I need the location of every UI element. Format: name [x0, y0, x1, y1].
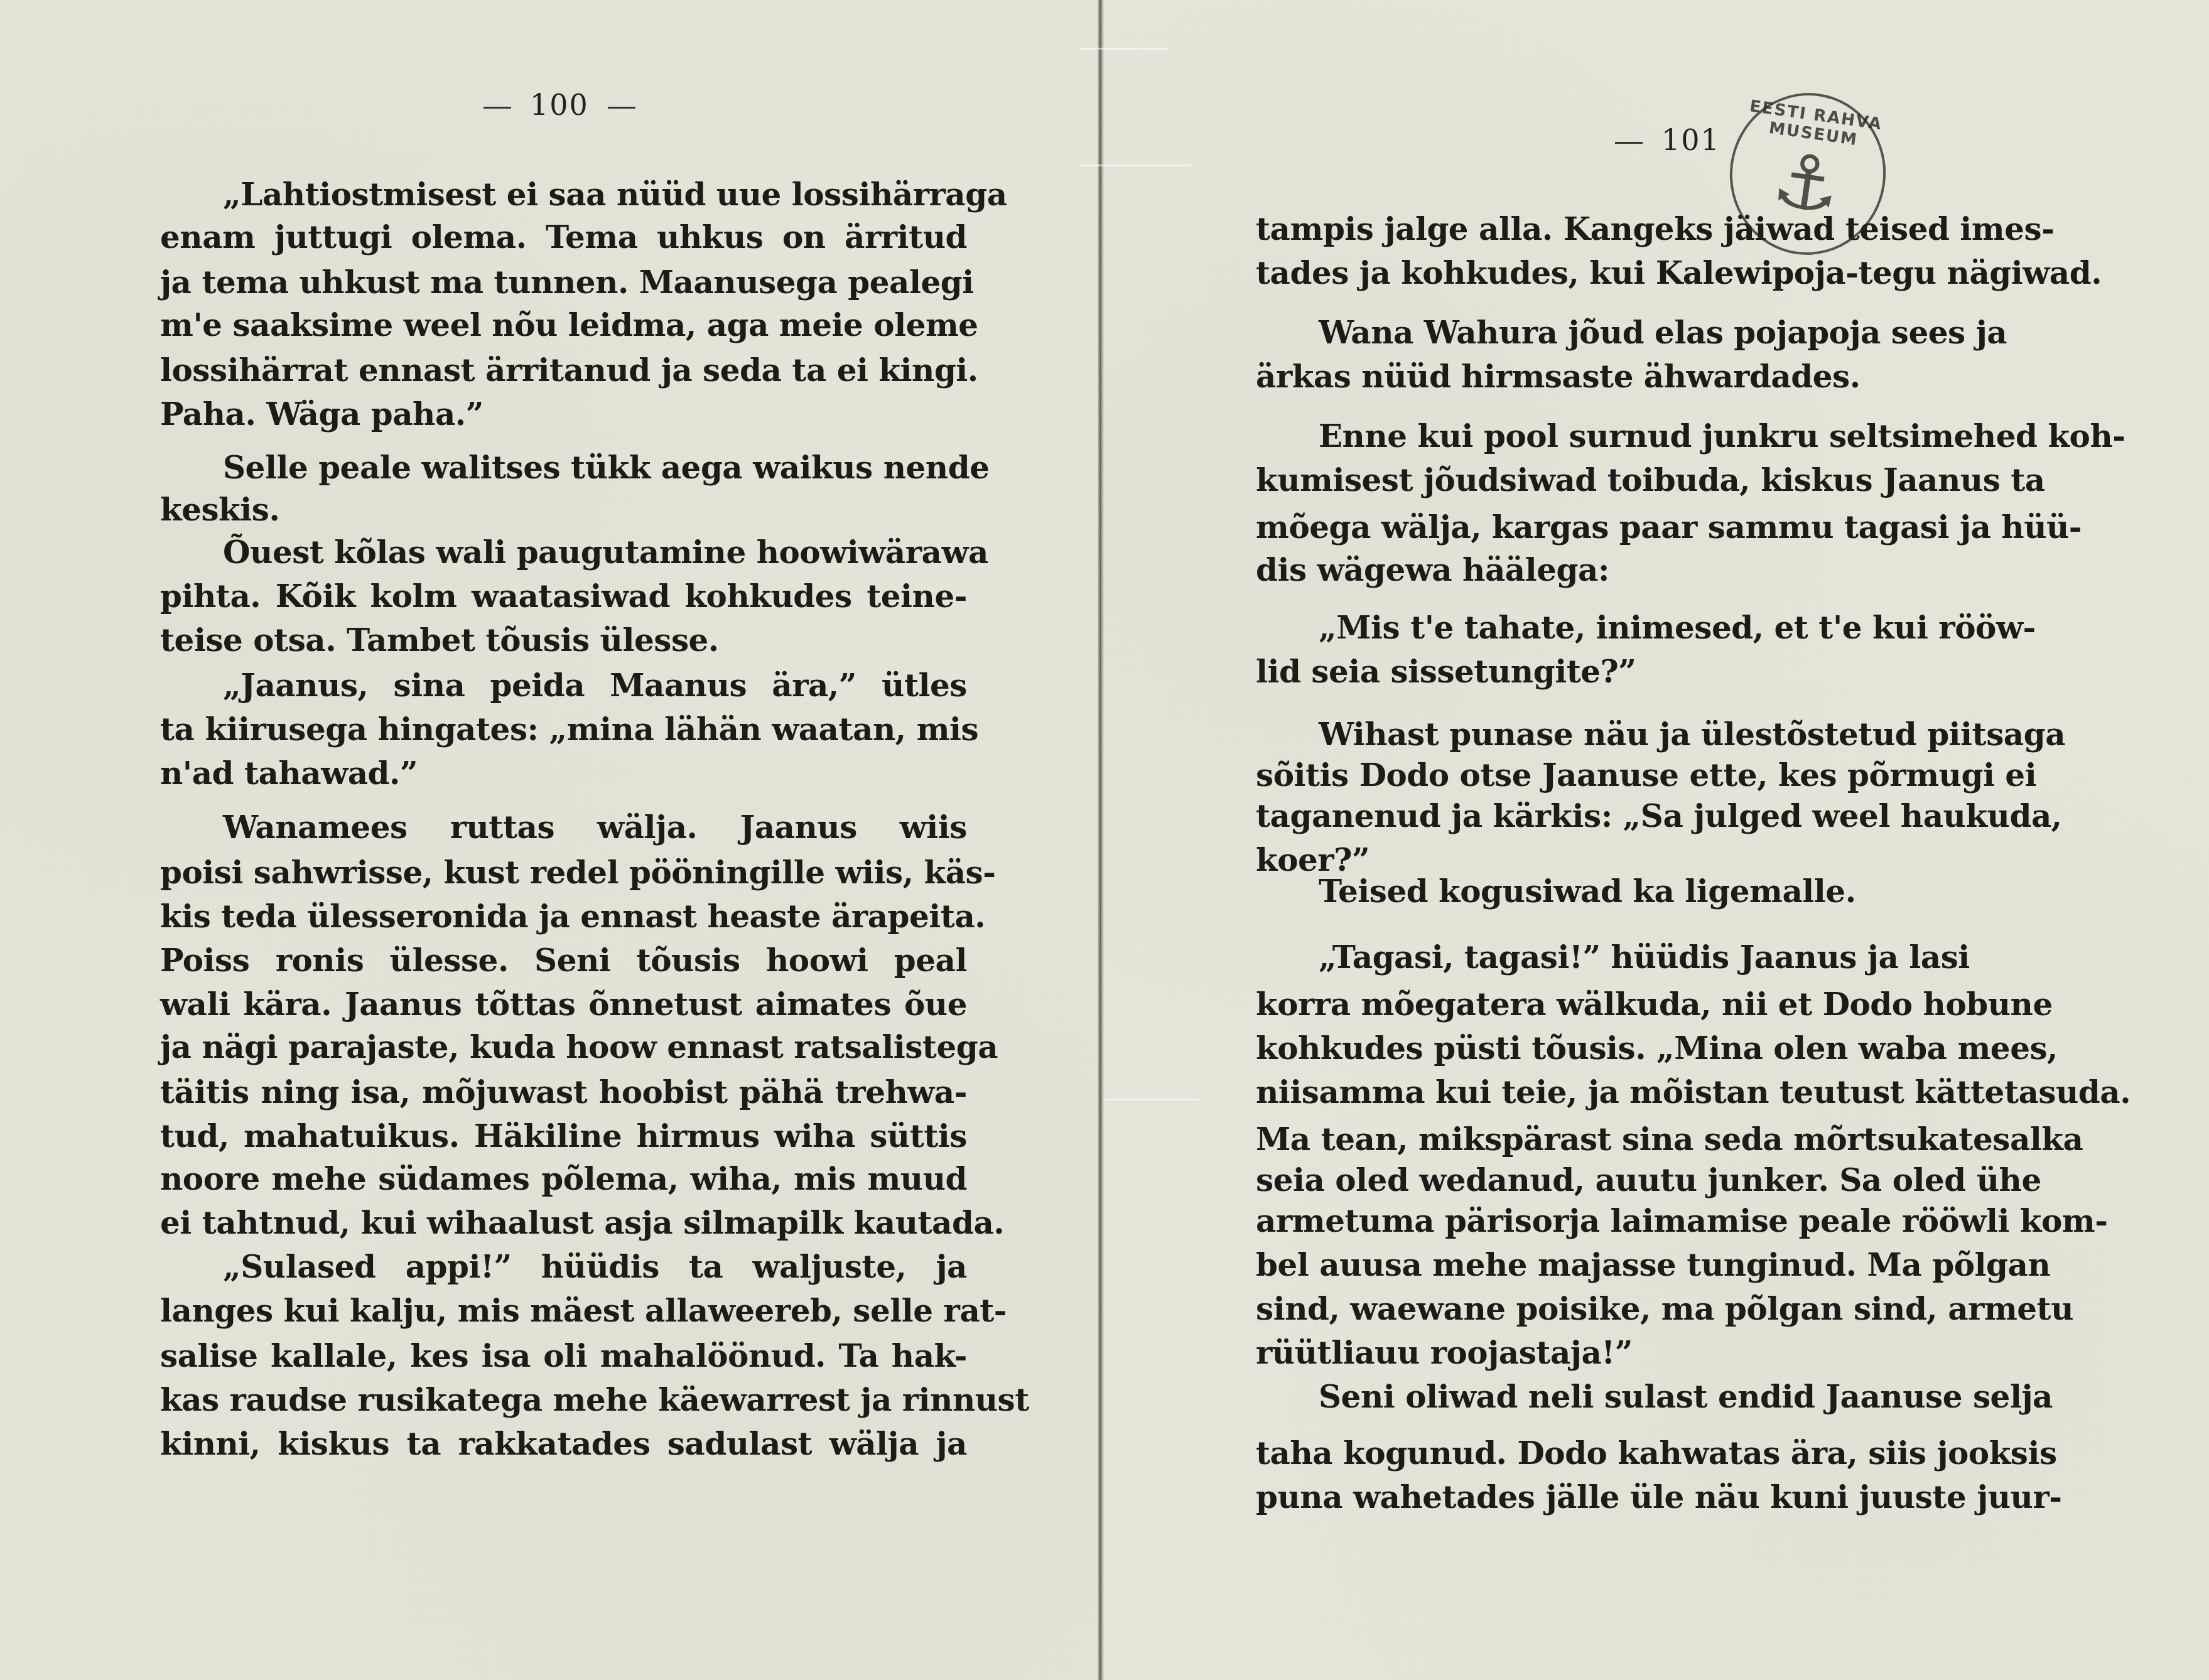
paper-fold — [1105, 1099, 1199, 1101]
text-line: ja tema uhkust ma tunnen. Maanusega peal… — [160, 261, 967, 304]
stamp-emblem-icon: ⚓ — [1767, 136, 1846, 232]
left-page-text: „Lahtiostmisest ei saa nüüd uue lossihär… — [160, 0, 967, 1680]
text-line: ei tahtnud, kui wihaalust asja silmapilk… — [160, 1201, 967, 1245]
text-line: mõega wälja, kargas paar sammu tagasi ja… — [1256, 505, 1923, 549]
text-line: kinni, kiskus ta rakkatades sadulast wäl… — [160, 1422, 967, 1466]
text-line: Ma tean, mikspärast sina seda mõrtsukate… — [1256, 1117, 1923, 1161]
text-line: taganenud ja kärkis: „Sa julged weel hau… — [1256, 794, 1923, 838]
text-line: Paha. Wäga paha.” — [160, 392, 967, 436]
text-line: noore mehe südames põlema, wiha, mis muu… — [160, 1157, 967, 1201]
text-line: enam juttugi olema. Tema uhkus on ärritu… — [160, 215, 967, 259]
text-line: pihta. Kõik kolm waatasiwad kohkudes tei… — [160, 574, 967, 618]
text-line: m'e saaksime weel nõu leidma, aga meie o… — [160, 303, 967, 347]
text-line: „Mis t'e tahate, inimesed, et t'e kui rö… — [1256, 606, 1923, 650]
text-line: Selle peale walitses tükk aega waikus ne… — [160, 446, 967, 490]
text-line: Poiss ronis ülesse. Seni tõusis hoowi pe… — [160, 939, 967, 983]
text-line: Enne kui pool surnud junkru seltsimehed … — [1256, 414, 1923, 458]
text-line: lid seia sissetungite?” — [1256, 650, 1923, 694]
text-line: Wana Wahura jõud elas pojapoja sees ja — [1256, 311, 1923, 355]
text-line: keskis. — [160, 488, 967, 532]
text-line: bel auusa mehe majasse tunginud. Ma põlg… — [1256, 1243, 1923, 1287]
text-line: Õuest kõlas wali paugutamine hoowiwärawa — [160, 530, 967, 574]
text-line: korra mõegatera wälkuda, nii et Dodo hob… — [1256, 983, 1923, 1026]
text-line: ärkas nüüd hirmsaste ähwardades. — [1256, 355, 1923, 399]
text-line: Teised kogusiwad ka ligemalle. — [1256, 870, 1923, 913]
text-line: „Lahtiostmisest ei saa nüüd uue lossihär… — [160, 173, 967, 217]
right-page: 101 tampis jalge alla. Kangeks jäiwad te… — [1100, 0, 2209, 1680]
text-line: kumisest jõudsiwad toibuda, kiskus Jaanu… — [1256, 458, 1923, 502]
text-line: Wanamees ruttas wälja. Jaanus wiis — [160, 805, 967, 849]
text-line: salise kallale, kes isa oli mahalöönud. … — [160, 1334, 967, 1378]
paper-fold — [1080, 164, 1193, 166]
text-line: langes kui kalju, mis mäest allaweereb, … — [160, 1289, 967, 1333]
text-line: lossihärrat ennast ärritanud ja seda ta … — [160, 348, 967, 392]
text-line: tades ja kohkudes, kui Kalewipoja-tegu n… — [1256, 251, 1923, 295]
text-line: rüütliauu roojastaja!” — [1256, 1331, 1923, 1375]
left-page: 100 „Lahtiostmisest ei saa nüüd uue loss… — [0, 0, 1100, 1680]
text-line: ja nägi parajaste, kuda hoow ennast rats… — [160, 1025, 967, 1069]
text-line: niisamma kui teie, ja mõistan teutust kä… — [1256, 1070, 1923, 1114]
text-line: kas raudse rusikatega mehe käewarrest ja… — [160, 1378, 967, 1422]
text-line: dis wägewa häälega: — [1256, 548, 1923, 592]
text-line: puna wahetades jälle üle näu kuni juuste… — [1256, 1475, 1923, 1519]
text-line: kis teda ülesseronida ja ennast heaste ä… — [160, 895, 967, 939]
text-line: poisi sahwrisse, kust redel pööningille … — [160, 851, 967, 895]
text-line: armetuma pärisorja laimamise peale rööwl… — [1256, 1199, 1923, 1243]
text-line: teise otsa. Tambet tõusis ülesse. — [160, 618, 967, 662]
text-line: seia oled wedanud, auutu junker. Sa oled… — [1256, 1158, 1923, 1202]
text-line: n'ad tahawad.” — [160, 751, 967, 795]
text-line: Wihast punase näu ja ülestõstetud piitsa… — [1256, 713, 1923, 757]
text-line: „Tagasi, tagasi!” hüüdis Jaanus ja lasi — [1256, 935, 1923, 979]
book-gutter — [1098, 0, 1104, 1680]
text-line: Seni oliwad neli sulast endid Jaanuse se… — [1256, 1375, 1923, 1419]
text-line: ta kiirusega hingates: „mina lähän waata… — [160, 708, 967, 751]
text-line: „Sulased appi!” hüüdis ta waljuste, ja — [160, 1245, 967, 1289]
text-line: wali kära. Jaanus tõttas õnnetust aimate… — [160, 983, 967, 1026]
text-line: sõitis Dodo otse Jaanuse ette, kes põrmu… — [1256, 753, 1923, 797]
text-line: sind, waewane poisike, ma põlgan sind, a… — [1256, 1287, 1923, 1331]
text-line: täitis ning isa, mõjuwast hoobist pähä t… — [160, 1070, 967, 1114]
paper-fold — [1080, 48, 1168, 50]
text-line: tud, mahatuikus. Häkiline hirmus wiha sü… — [160, 1114, 967, 1158]
text-line: „Jaanus, sina peida Maanus ära,” ütles — [160, 664, 967, 708]
text-line: kohkudes püsti tõusis. „Mina olen waba m… — [1256, 1026, 1923, 1070]
text-line: taha kogunud. Dodo kahwatas ära, siis jo… — [1256, 1431, 1923, 1475]
book-spread: 100 „Lahtiostmisest ei saa nüüd uue loss… — [0, 0, 2209, 1680]
